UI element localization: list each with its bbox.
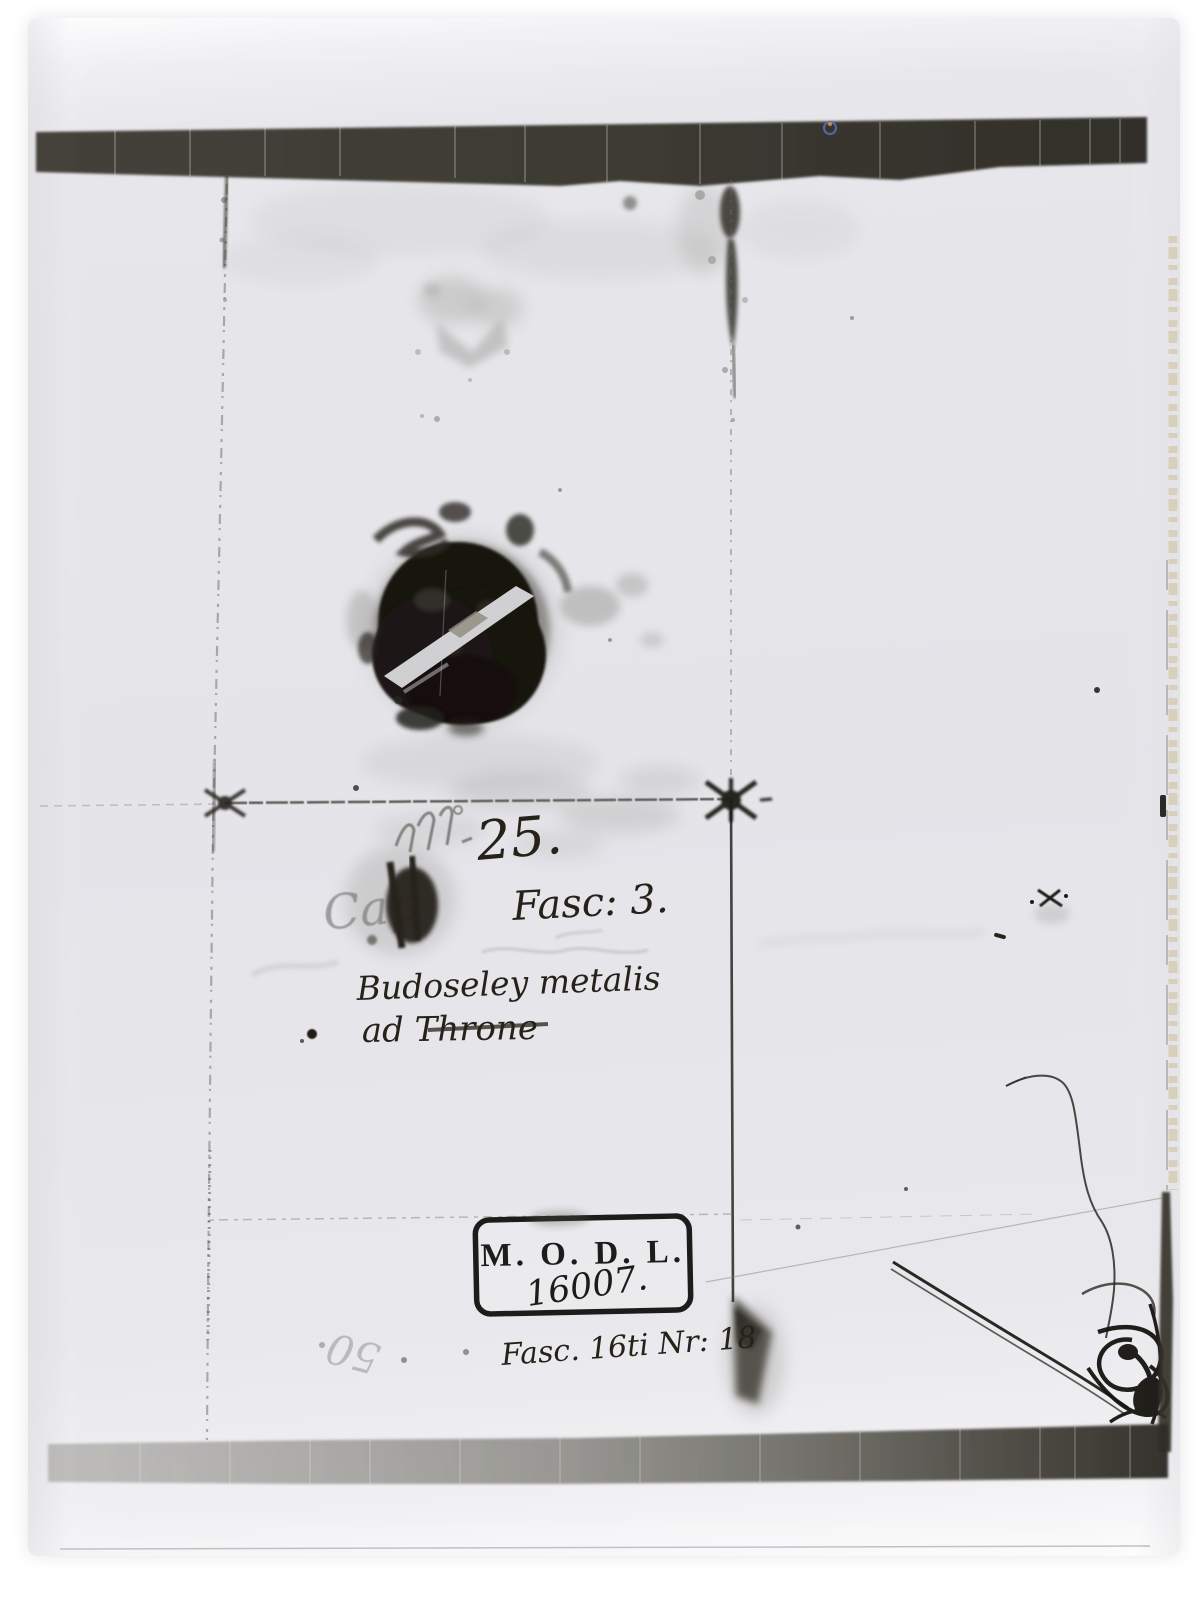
bottom-border-band <box>48 1424 1168 1484</box>
fold-top-smudge <box>623 185 748 422</box>
small-orange-dot <box>828 122 832 126</box>
photo-right-edge <box>1158 236 1173 1452</box>
seal-top-squiggle <box>376 522 448 554</box>
archive-stamp: M. O. D. L. 16007. <box>475 1208 691 1316</box>
handwritten-title-line1: Budoseley metalis <box>355 958 661 1008</box>
paper-mottling-top <box>220 185 860 320</box>
faint-inverted-number: 50 <box>321 1323 385 1384</box>
wax-seal <box>346 488 664 736</box>
photo-bottom-edge <box>60 1546 1150 1549</box>
handwritten-archival-note: Fasc. 16ti Nr: 18 <box>499 1320 758 1373</box>
top-border-band <box>36 117 1147 186</box>
hair-scratches <box>891 1076 1168 1424</box>
handwritten-number-25: 25. <box>473 803 565 873</box>
hair-scratch-2 <box>893 1262 1128 1408</box>
document-artwork: 25. Cap Fasc: 3. Budoseley metalis ad Th… <box>0 0 1203 1600</box>
hair-tangle <box>1088 1304 1168 1424</box>
horizontal-fold-line <box>40 734 772 859</box>
handwritten-fascicle: Fasc: 3. <box>510 876 669 930</box>
fold-cross-right <box>706 778 772 822</box>
edge-notch <box>1160 795 1166 817</box>
hair-scratch-3 <box>1082 1284 1155 1316</box>
ink-blot <box>345 845 455 955</box>
handwriting-block: 25. Cap Fasc: 3. Budoseley metalis ad Th… <box>252 803 985 1051</box>
ink-dot <box>307 1029 317 1039</box>
photograph-of-document: 25. Cap Fasc: 3. Budoseley metalis ad Th… <box>0 0 1203 1600</box>
faint-seal-ghost-mark <box>415 276 524 422</box>
dark-edge-lower <box>1158 1192 1173 1452</box>
hair-scratch-1 <box>1006 1076 1115 1338</box>
ink-splatter <box>796 687 1101 1230</box>
crease-line <box>706 1198 1162 1282</box>
